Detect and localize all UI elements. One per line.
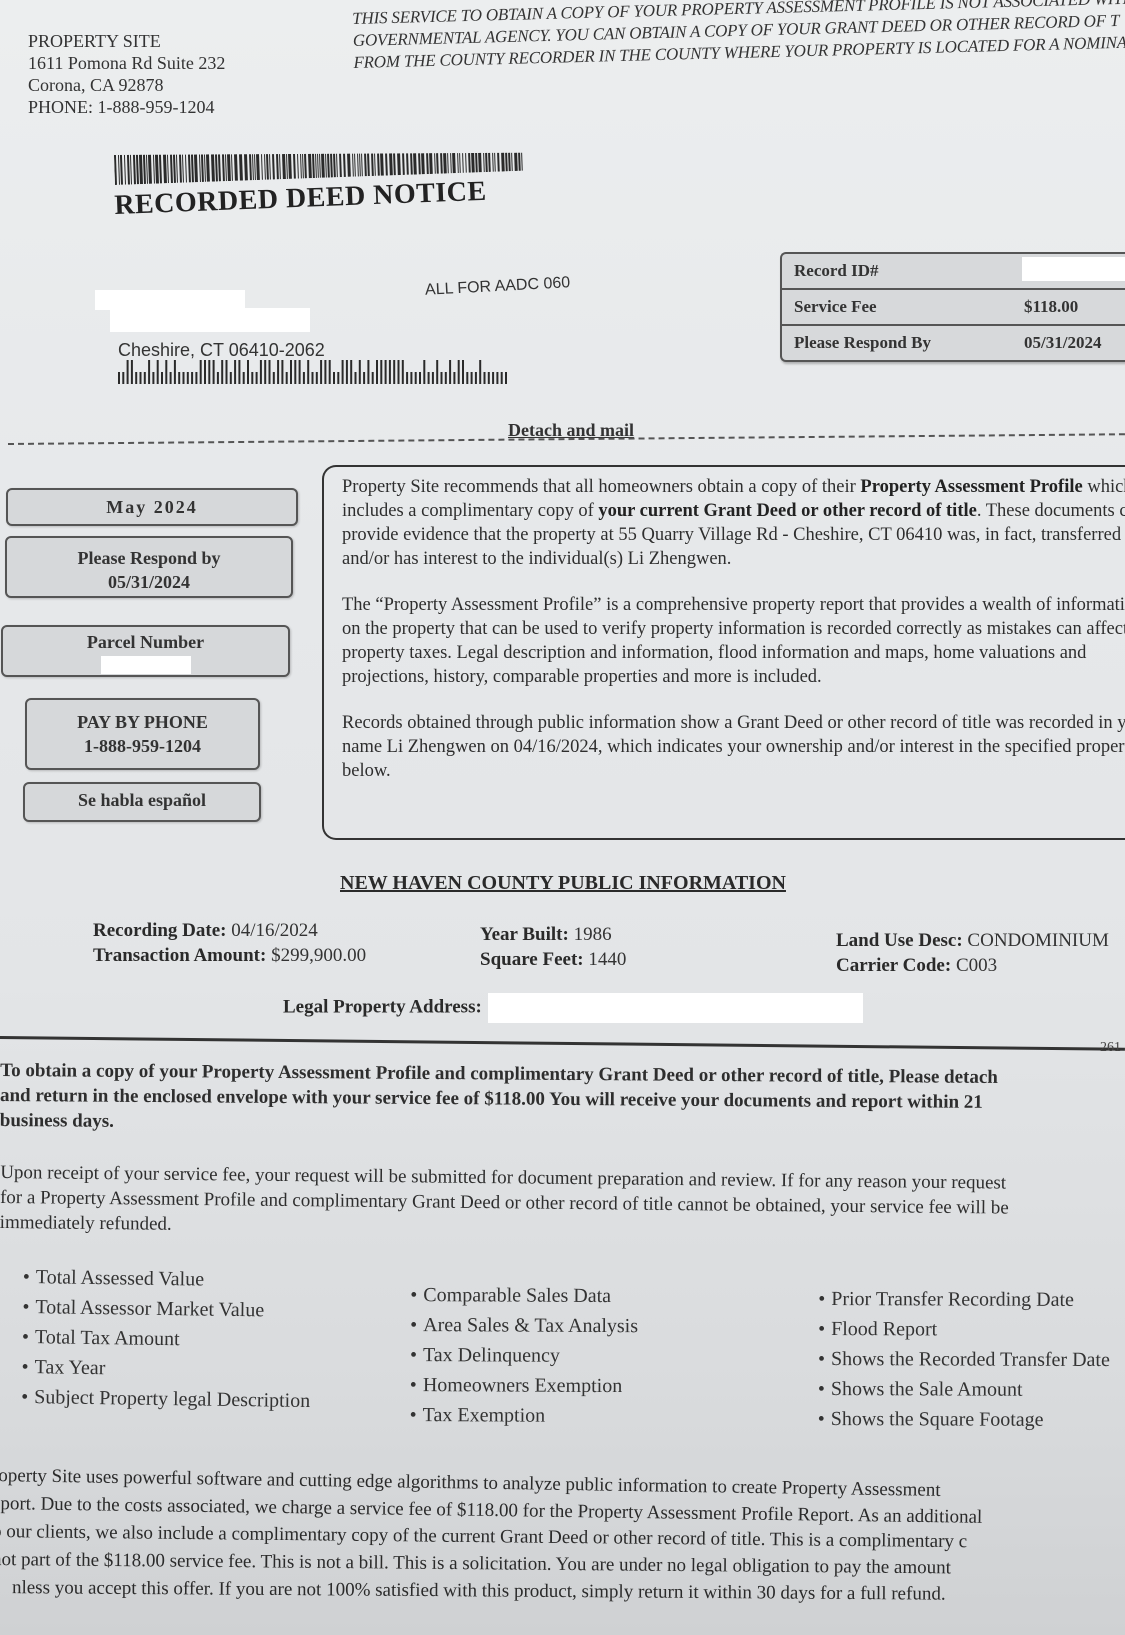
square-feet-value: 1440: [588, 949, 626, 970]
record-id-label: Record ID#: [782, 261, 1022, 281]
transaction-amount-value: $299,900.00: [271, 945, 366, 966]
respond-by-box-date: 05/31/2024: [7, 570, 291, 594]
land-use-label: Land Use Desc:: [836, 930, 963, 951]
county-info-title: NEW HAVEN COUNTY PUBLIC INFORMATION: [340, 872, 786, 895]
features-list-3: Prior Transfer Recording Date Flood Repo…: [818, 1284, 1110, 1435]
sender-phone: PHONE: 1-888-959-1204: [28, 96, 225, 118]
message-paragraph-2: The “Property Assessment Profile” is a c…: [342, 593, 1125, 689]
service-fee-value: $118.00: [1024, 297, 1125, 317]
list-item: Homeowners Exemption: [410, 1370, 638, 1401]
list-item: Shows the Recorded Transfer Date: [818, 1344, 1110, 1375]
parcel-number-label: Parcel Number: [3, 630, 288, 654]
record-table: Record ID# Service Fee $118.00 Please Re…: [780, 252, 1125, 362]
text: your current Grant Deed or other record …: [598, 501, 976, 521]
pay-by-phone-number: 1-888-959-1204: [27, 734, 258, 758]
message-box: Property Site recommends that all homeow…: [322, 465, 1125, 840]
obtain-instructions: To obtain a copy of your Property Assess…: [0, 1058, 1125, 1141]
respond-by-value: 05/31/2024: [1024, 333, 1125, 353]
message-paragraph-3: Records obtained through public informat…: [342, 711, 1125, 783]
list-item: Total Assessed Value: [23, 1262, 312, 1296]
list-item: Tax Exemption: [410, 1400, 638, 1431]
features-list-1: Total Assessed Value Total Assessor Mark…: [21, 1262, 312, 1416]
county-info-column-2: Year Built: 1986 Square Feet: 1440: [480, 922, 626, 972]
postal-barcode-icon: [118, 360, 518, 384]
list-item: Prior Transfer Recording Date: [818, 1284, 1110, 1315]
sender-address-line1: 1611 Pomona Rd Suite 232: [28, 52, 225, 74]
list-item: Area Sales & Tax Analysis: [410, 1310, 638, 1341]
page-code: 261: [1100, 1040, 1121, 1056]
pay-by-phone-label: PAY BY PHONE: [27, 710, 258, 734]
respond-by-row: Please Respond By 05/31/2024: [782, 326, 1125, 360]
carrier-code-label: Carrier Code:: [836, 955, 951, 976]
service-disclosure: roperty Site uses powerful software and …: [0, 1462, 1125, 1602]
respond-by-label: Please Respond By: [782, 333, 1024, 353]
transaction-amount-label: Transaction Amount:: [93, 945, 266, 966]
month-box: May 2024: [6, 488, 298, 526]
redacted-recipient-street: [110, 308, 310, 332]
year-built-label: Year Built:: [480, 924, 569, 945]
record-id-value: [1022, 257, 1125, 286]
legal-property-address-row: Legal Property Address:: [283, 993, 863, 1023]
text: Property Assessment Profile: [860, 477, 1082, 497]
recording-date-value: 04/16/2024: [231, 920, 318, 941]
features-list-2: Comparable Sales Data Area Sales & Tax A…: [410, 1280, 639, 1431]
record-id-row: Record ID#: [782, 254, 1125, 290]
spanish-box: Se habla español: [23, 782, 261, 822]
redacted-legal-address: [488, 993, 863, 1023]
pay-by-phone-box: PAY BY PHONE 1-888-959-1204: [25, 698, 260, 770]
square-feet-label: Square Feet:: [480, 949, 584, 970]
separator-line: [0, 1036, 1125, 1051]
list-item: Tax Delinquency: [410, 1340, 638, 1371]
message-paragraph-1: Property Site recommends that all homeow…: [342, 475, 1125, 571]
sender-address-line2: Corona, CA 92878: [28, 74, 225, 96]
sender-name: PROPERTY SITE: [28, 30, 225, 52]
recipient-city: Cheshire, CT 06410-2062: [118, 340, 325, 361]
service-fee-label: Service Fee: [782, 297, 1024, 317]
list-item: Total Assessor Market Value: [22, 1292, 311, 1326]
carrier-code-value: C003: [956, 955, 997, 976]
redacted-recipient-name: [95, 290, 245, 310]
list-item: Shows the Square Footage: [818, 1404, 1110, 1435]
list-item: Flood Report: [818, 1314, 1110, 1345]
disclaimer-text: THIS SERVICE TO OBTAIN A COPY OF YOUR PR…: [352, 0, 1125, 74]
list-item: Comparable Sales Data: [410, 1280, 638, 1311]
land-use-value: CONDOMINIUM: [967, 930, 1108, 951]
text: Property Site recommends that all homeow…: [342, 477, 860, 497]
county-info-column-1: Recording Date: 04/16/2024 Transaction A…: [93, 918, 366, 968]
list-item: Subject Property legal Description: [21, 1382, 310, 1416]
sender-address: PROPERTY SITE 1611 Pomona Rd Suite 232 C…: [28, 30, 225, 118]
respond-by-box: Please Respond by 05/31/2024: [5, 536, 293, 598]
list-item: Shows the Sale Amount: [818, 1374, 1110, 1405]
legal-address-label: Legal Property Address:: [283, 996, 482, 1017]
parcel-number-box: Parcel Number: [1, 625, 290, 677]
list-item: Total Tax Amount: [22, 1322, 311, 1356]
list-item: Tax Year: [21, 1352, 310, 1386]
recording-date-label: Recording Date:: [93, 920, 227, 941]
redacted-parcel-number: [101, 656, 191, 674]
presort-code: ALL FOR AADC 060: [425, 274, 571, 300]
respond-by-box-label: Please Respond by: [7, 546, 291, 570]
refund-policy: Upon receipt of your service fee, your r…: [0, 1160, 1125, 1247]
service-fee-row: Service Fee $118.00: [782, 290, 1125, 326]
county-info-column-3: Land Use Desc: CONDOMINIUM Carrier Code:…: [836, 928, 1109, 978]
year-built-value: 1986: [574, 924, 612, 945]
